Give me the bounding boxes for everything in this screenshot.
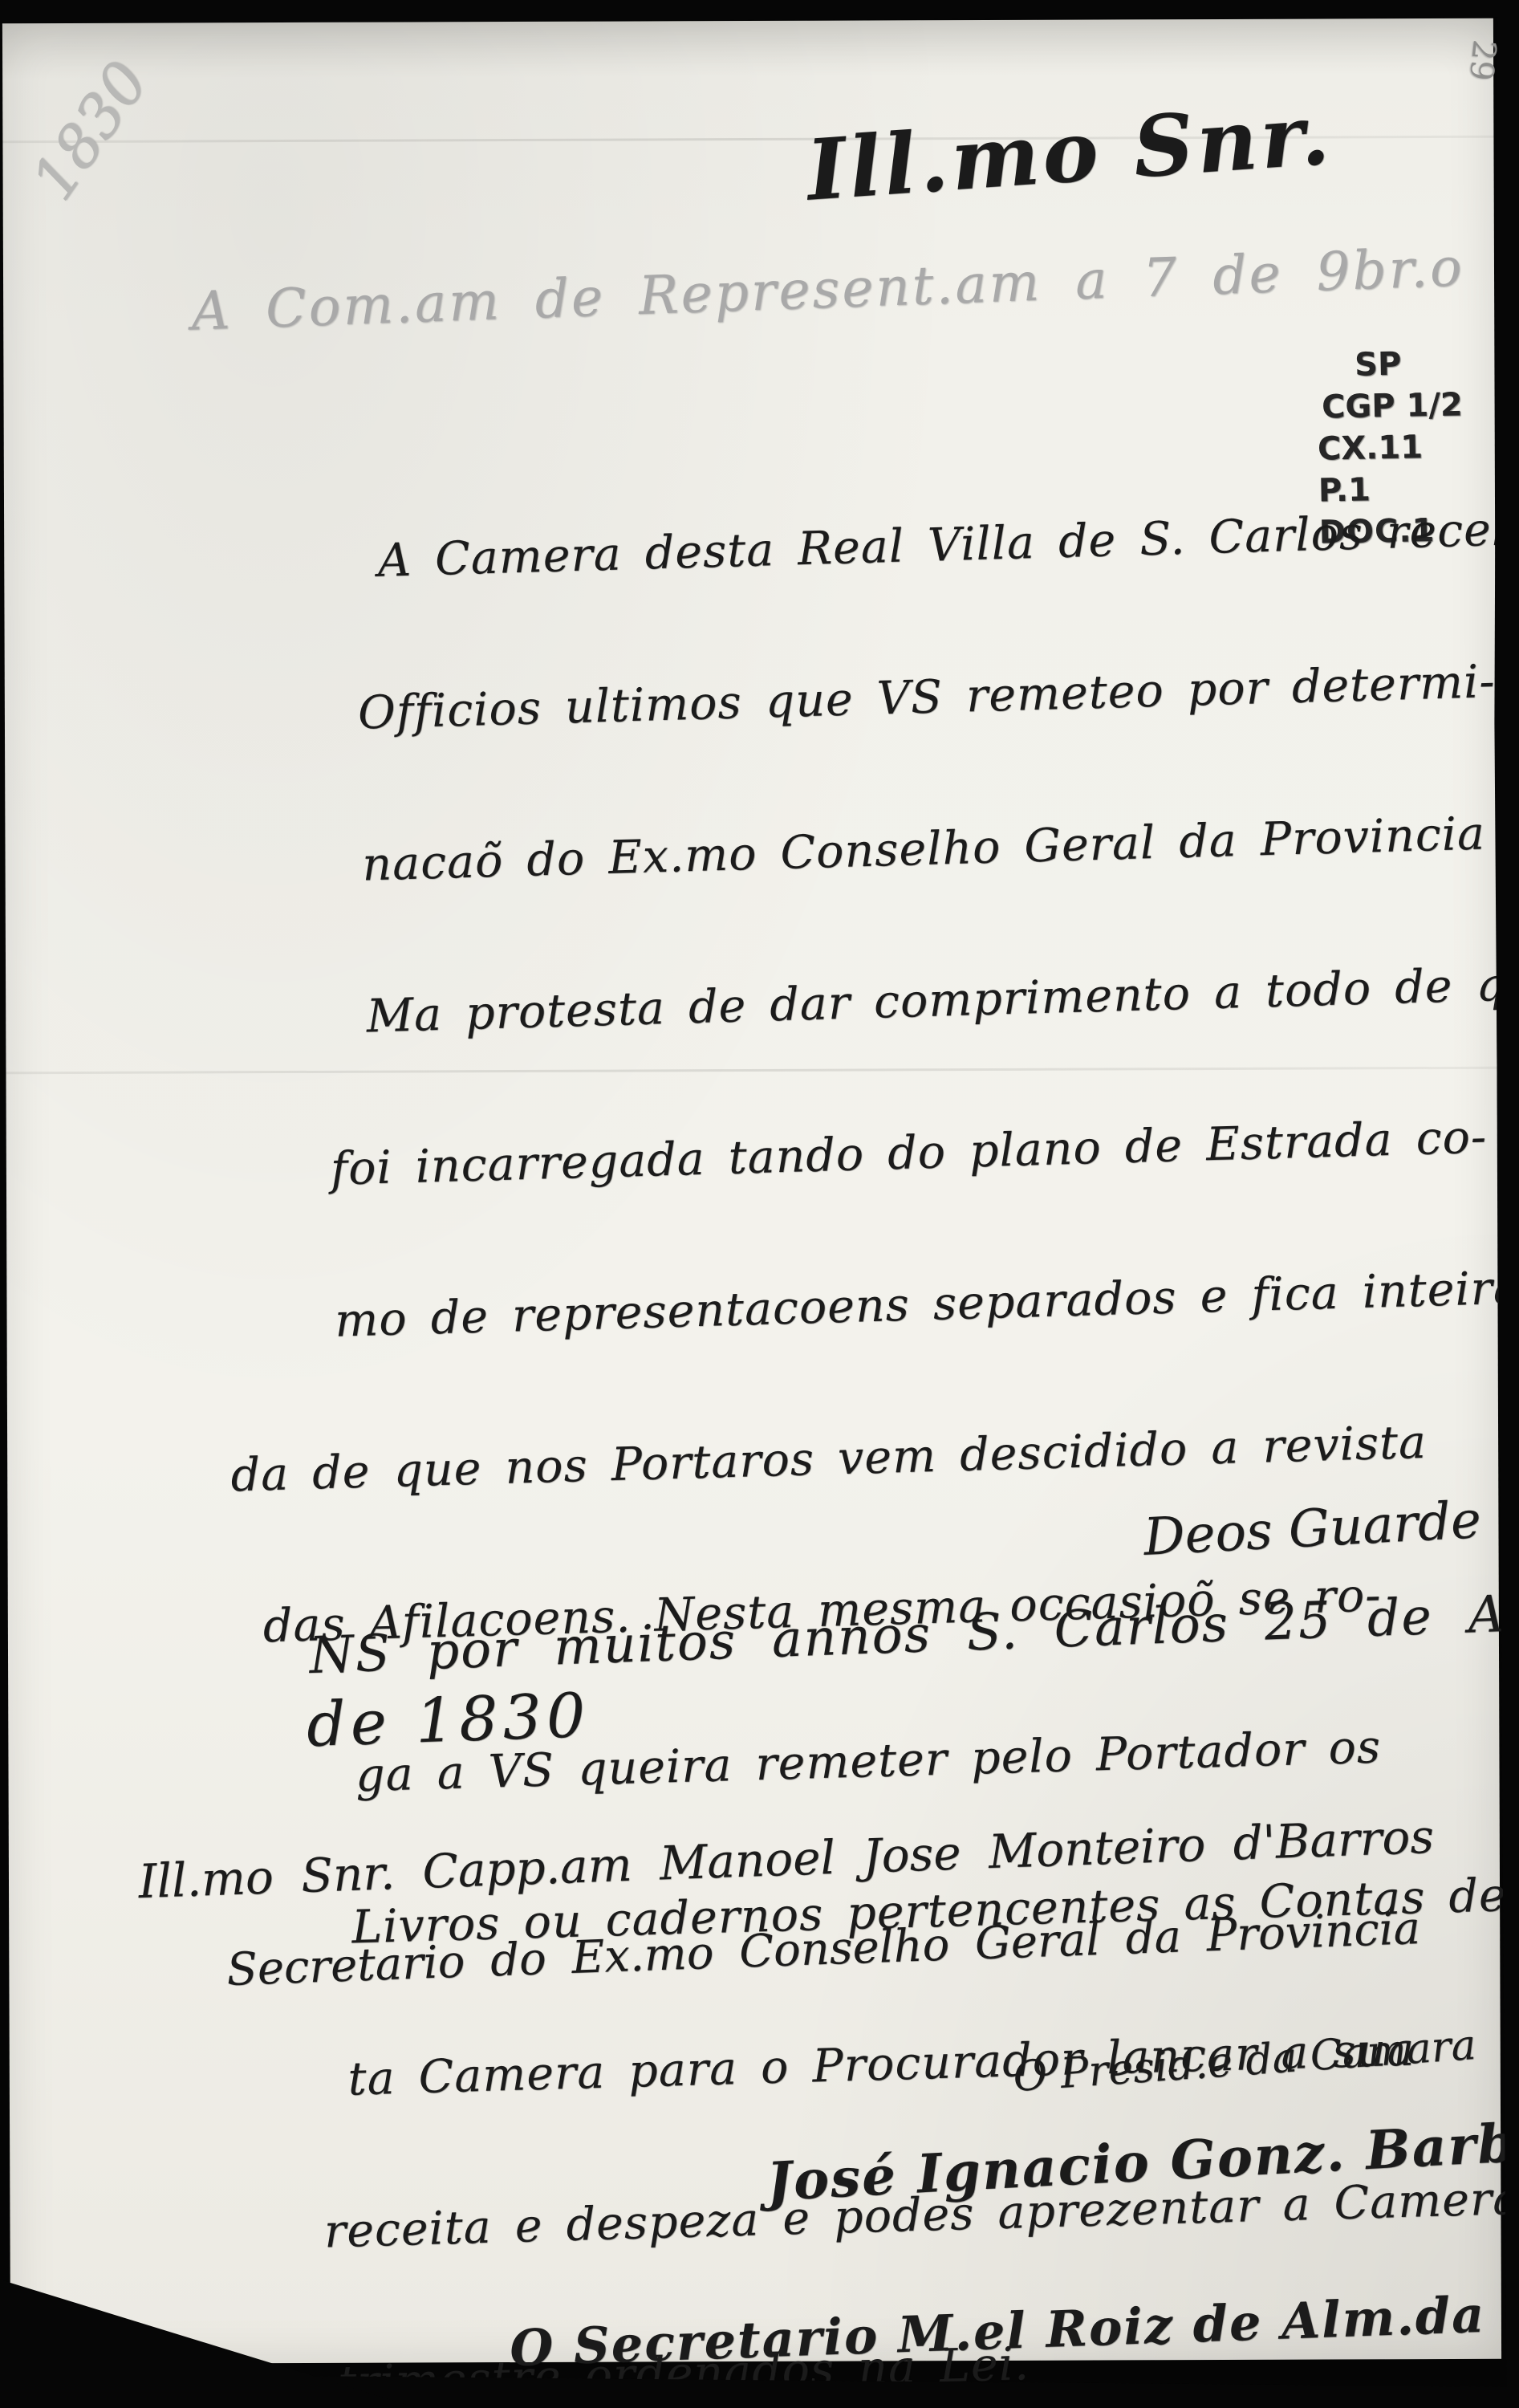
stamp-collection: CGP 1/2	[1322, 384, 1464, 428]
stamp-box: CX.11	[1318, 425, 1464, 470]
date-year-line: de 1830	[306, 1679, 591, 1760]
page-number: 29	[1462, 38, 1503, 82]
scanned-document: 1830 29 Ill.mo Snr. A Com.am de Represen…	[0, 0, 1519, 2408]
stamp-fund: SP	[1355, 342, 1463, 385]
